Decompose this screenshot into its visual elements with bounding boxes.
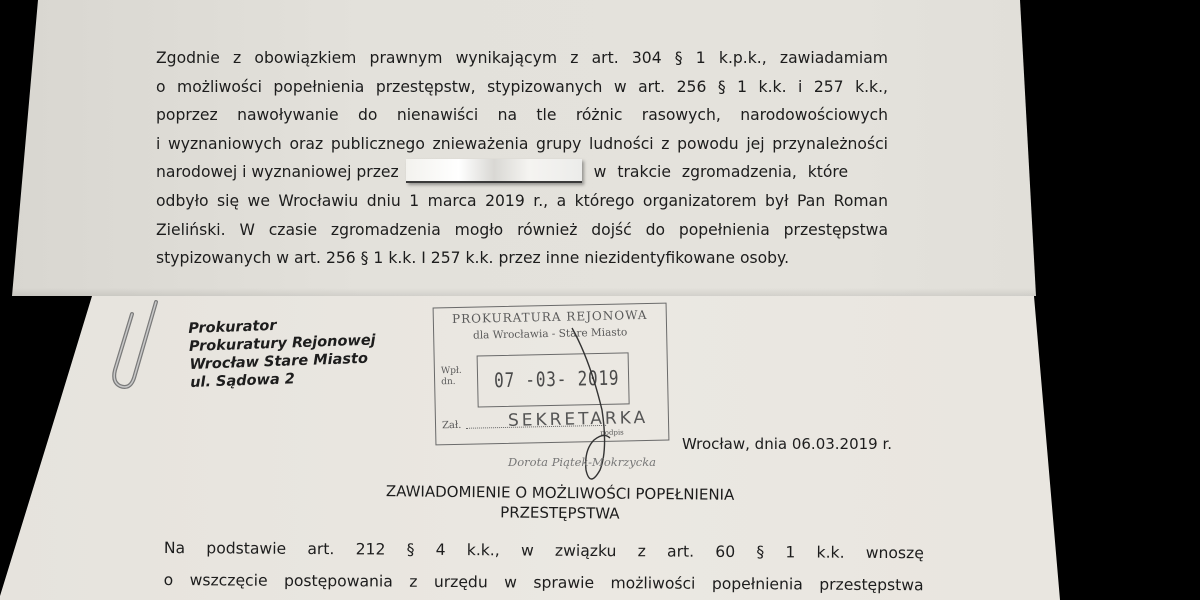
stamp-wpl: Wpł. <box>441 366 462 377</box>
paragraph-line: i wyznaniowych oraz publicznego znieważe… <box>156 130 888 159</box>
paperclip-icon <box>104 300 164 390</box>
stamp-dn: dn. <box>441 377 462 388</box>
stamp-wpl-label: Wpł. dn. <box>441 366 462 388</box>
paragraph-line-redacted: narodowej i wyznaniowej przez w trakcie … <box>156 158 888 187</box>
handwritten-signature <box>560 320 640 500</box>
redaction-box <box>406 159 582 183</box>
signer-name: Dorota Piątek-Mokrzycka <box>508 455 656 469</box>
lower-paragraph: Na podstawie art. 212 § 4 k.k., w związk… <box>164 532 924 600</box>
paragraph-line: o możliwości popełnienia przestępstw, st… <box>156 73 888 102</box>
paragraph-line: Zieliński. W czasie zgromadzenia mogło r… <box>156 216 888 245</box>
paragraph-line: poprzez nawoływanie do nienawiści na tle… <box>156 101 888 130</box>
paragraph-line: o wszczęcie postępowania z urzędu w spra… <box>164 564 924 600</box>
page-edge-shadow <box>12 288 1036 296</box>
upper-paragraph: Zgodnie z obowiązkiem prawnym wynikający… <box>156 44 888 273</box>
addressee-block: Prokurator Prokuratury Rejonowej Wrocław… <box>188 313 377 391</box>
redacted-line-before: narodowej i wyznaniowej przez <box>156 163 399 181</box>
paragraph-line: odbyło się we Wrocławiu dniu 1 marca 201… <box>156 187 888 216</box>
place-and-date: Wrocław, dnia 06.03.2019 r. <box>682 435 892 453</box>
paragraph-line: Zgodnie z obowiązkiem prawnym wynikający… <box>156 44 888 73</box>
redacted-line-after: w trakcie zgromadzenia, które <box>594 163 848 181</box>
stamp-zal-label: Zał. <box>442 420 462 431</box>
paragraph-line: stypizowanych w art. 256 § 1 k.k. I 257 … <box>156 244 888 273</box>
paragraph-line: Na podstawie art. 212 § 4 k.k., w związk… <box>164 532 924 569</box>
document-title: ZAWIADOMIENIE O MOŻLIWOŚCI POPEŁNIENIA P… <box>340 481 780 526</box>
